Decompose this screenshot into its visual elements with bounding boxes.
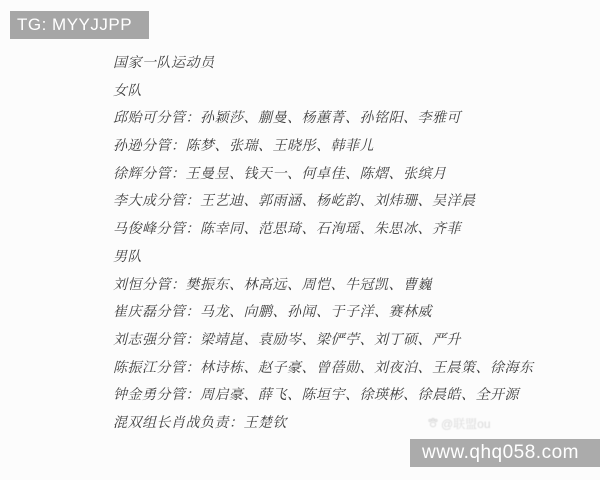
women-coach-group-5: 马俊峰分管：陈幸同、范思琦、石洵瑶、朱思冰、齐菲	[113, 216, 534, 244]
paw-icon	[427, 417, 439, 429]
women-coach-group-1: 邱贻可分管：孙颖莎、蒯曼、杨蕙菁、孙铭阳、李雅可	[113, 105, 534, 133]
men-coach-group-4: 陈振江分管：林诗栋、赵子豪、曾蓓勋、刘夜泊、王晨策、徐海东	[113, 355, 534, 383]
men-coach-group-5: 钟金勇分管：周启豪、薛飞、陈垣宇、徐瑛彬、徐晨皓、全开源	[113, 382, 534, 410]
women-coach-group-3: 徐辉分管：王曼昱、钱天一、何卓佳、陈熠、张缤月	[113, 161, 534, 189]
women-coach-group-4: 李大成分管：王艺迪、郭雨涵、杨屹韵、刘炜珊、吴洋晨	[113, 188, 534, 216]
men-team-heading: 男队	[113, 244, 534, 272]
men-coach-group-1: 刘恒分管：樊振东、林高远、周恺、牛冠凯、曹巍	[113, 272, 534, 300]
social-watermark-handle: @联盟ou	[441, 415, 491, 432]
men-coach-group-2: 崔庆磊分管：马龙、向鹏、孙闻、于子洋、赛林威	[113, 299, 534, 327]
women-team-heading: 女队	[113, 78, 534, 106]
social-watermark: @联盟ou	[427, 415, 491, 431]
tg-watermark-badge: TG: MYYJJPP	[10, 11, 149, 39]
women-coach-group-2: 孙逊分管：陈梦、张瑞、王晓彤、韩菲儿	[113, 133, 534, 161]
roster-document: 国家一队运动员 女队 邱贻可分管：孙颖莎、蒯曼、杨蕙菁、孙铭阳、李雅可 孙逊分管…	[113, 50, 534, 438]
document-page: TG: MYYJJPP 国家一队运动员 女队 邱贻可分管：孙颖莎、蒯曼、杨蕙菁、…	[0, 0, 600, 480]
site-watermark-bar: www.qhq058.com	[410, 439, 600, 467]
men-coach-group-3: 刘志强分管：梁靖崑、袁励岑、梁俨苧、刘丁硕、严升	[113, 327, 534, 355]
document-title: 国家一队运动员	[113, 50, 534, 78]
